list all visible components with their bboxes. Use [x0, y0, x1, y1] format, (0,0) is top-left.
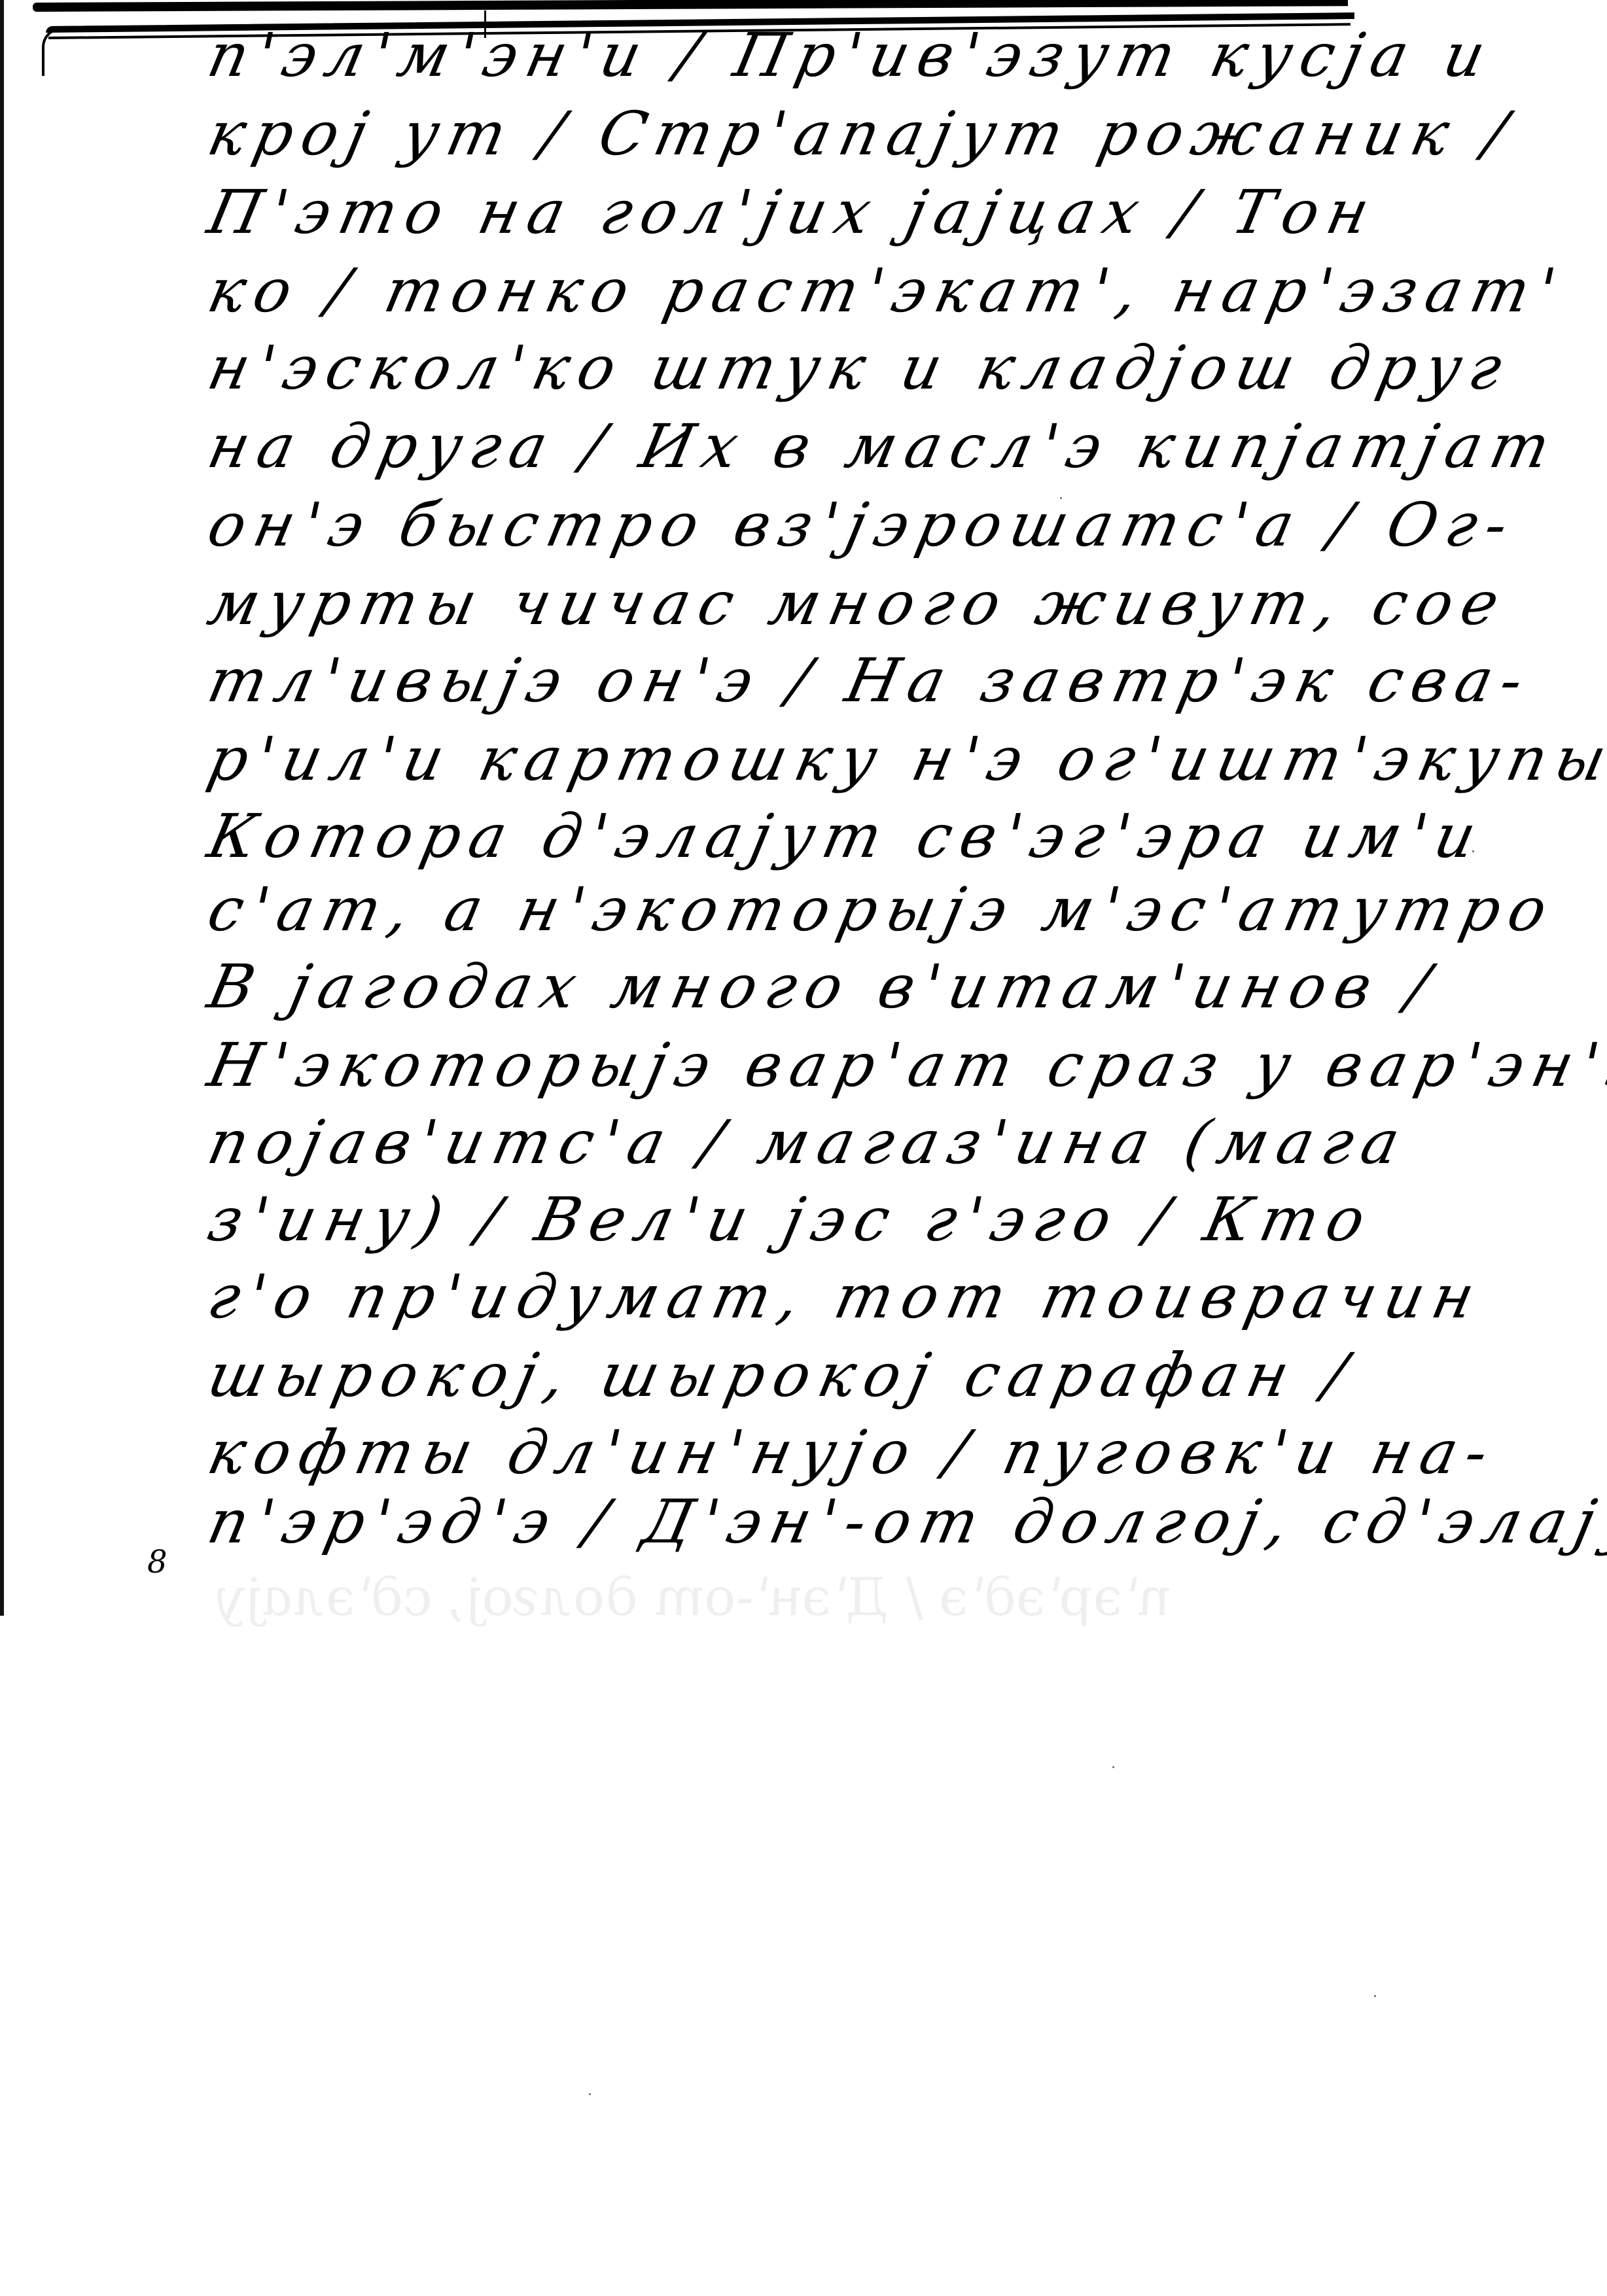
text-line-13: В јагодах много в'итам'инов /: [202, 951, 1445, 1023]
text-line-12: с'ат, а н'экоторыјэ м'эс'атутро: [202, 874, 1562, 946]
border-corner-curl: [42, 27, 64, 76]
text-line-10: р'ил'и картошку н'э ог'ишт'экупы: [202, 723, 1607, 795]
bleed-through-text: п'эр'эд'э / Д'эн'-от долгој, сд'элају: [209, 1567, 1178, 1627]
manuscript-page: п'эл'м'эн'и / Пр'ив'эзут кусја и крој ут…: [0, 0, 1607, 2296]
text-line-7: он'э быстро вз'јэрошатс'а / Ог-: [202, 489, 1523, 561]
text-line-8: мурты чичас много живут, сое: [202, 568, 1514, 640]
scan-speck: [1060, 497, 1062, 499]
scan-speck: [1112, 1766, 1114, 1768]
text-line-5: н'эскол'ко штук и кладјош друг: [202, 332, 1517, 404]
text-line-16: з'ину) / Вел'и јэс г'эго / Кто: [202, 1184, 1380, 1256]
text-line-6: на друга / Их в масл'э кипјатјат: [202, 411, 1565, 483]
page-number: 8: [147, 1544, 168, 1580]
scan-speck: [1374, 1995, 1376, 1997]
text-line-18: шырокој, шырокој сарафан /: [202, 1340, 1362, 1412]
text-line-1: п'эл'м'эн'и / Пр'ив'эзут кусја и: [202, 20, 1500, 92]
text-line-14: Н'экоторыјэ вар'ат сраз у вар'эн'з: [202, 1030, 1607, 1102]
text-line-11: Котора д'элајут св'эг'эра им'и: [202, 801, 1491, 873]
top-border-rule: [33, 0, 1348, 12]
text-line-9: тл'ивыјэ он'э / На завтр'эк сва-: [202, 645, 1538, 717]
scan-speck: [589, 2093, 591, 2095]
text-line-17: г'о пр'идумат, тот тоиврачин: [202, 1261, 1489, 1333]
scan-left-edge: [0, 0, 4, 1616]
text-line-15: појав'итс'а / магаз'ина (мага: [202, 1107, 1415, 1179]
text-line-19: кофты дл'ин'нујо / пуговк'и на-: [202, 1417, 1503, 1489]
text-line-4: ко / тонко раст'экат', нар'эзат': [202, 255, 1571, 327]
text-line-20: п'эр'эд'э / Д'эн'-от долгој, сд'элају: [202, 1486, 1607, 1558]
text-line-2: крој ут / Стр'апајут рожаник /: [202, 98, 1522, 170]
scan-speck: [1472, 850, 1474, 852]
text-line-3: П'это на гол'јих јајцах / Тон: [202, 177, 1384, 249]
